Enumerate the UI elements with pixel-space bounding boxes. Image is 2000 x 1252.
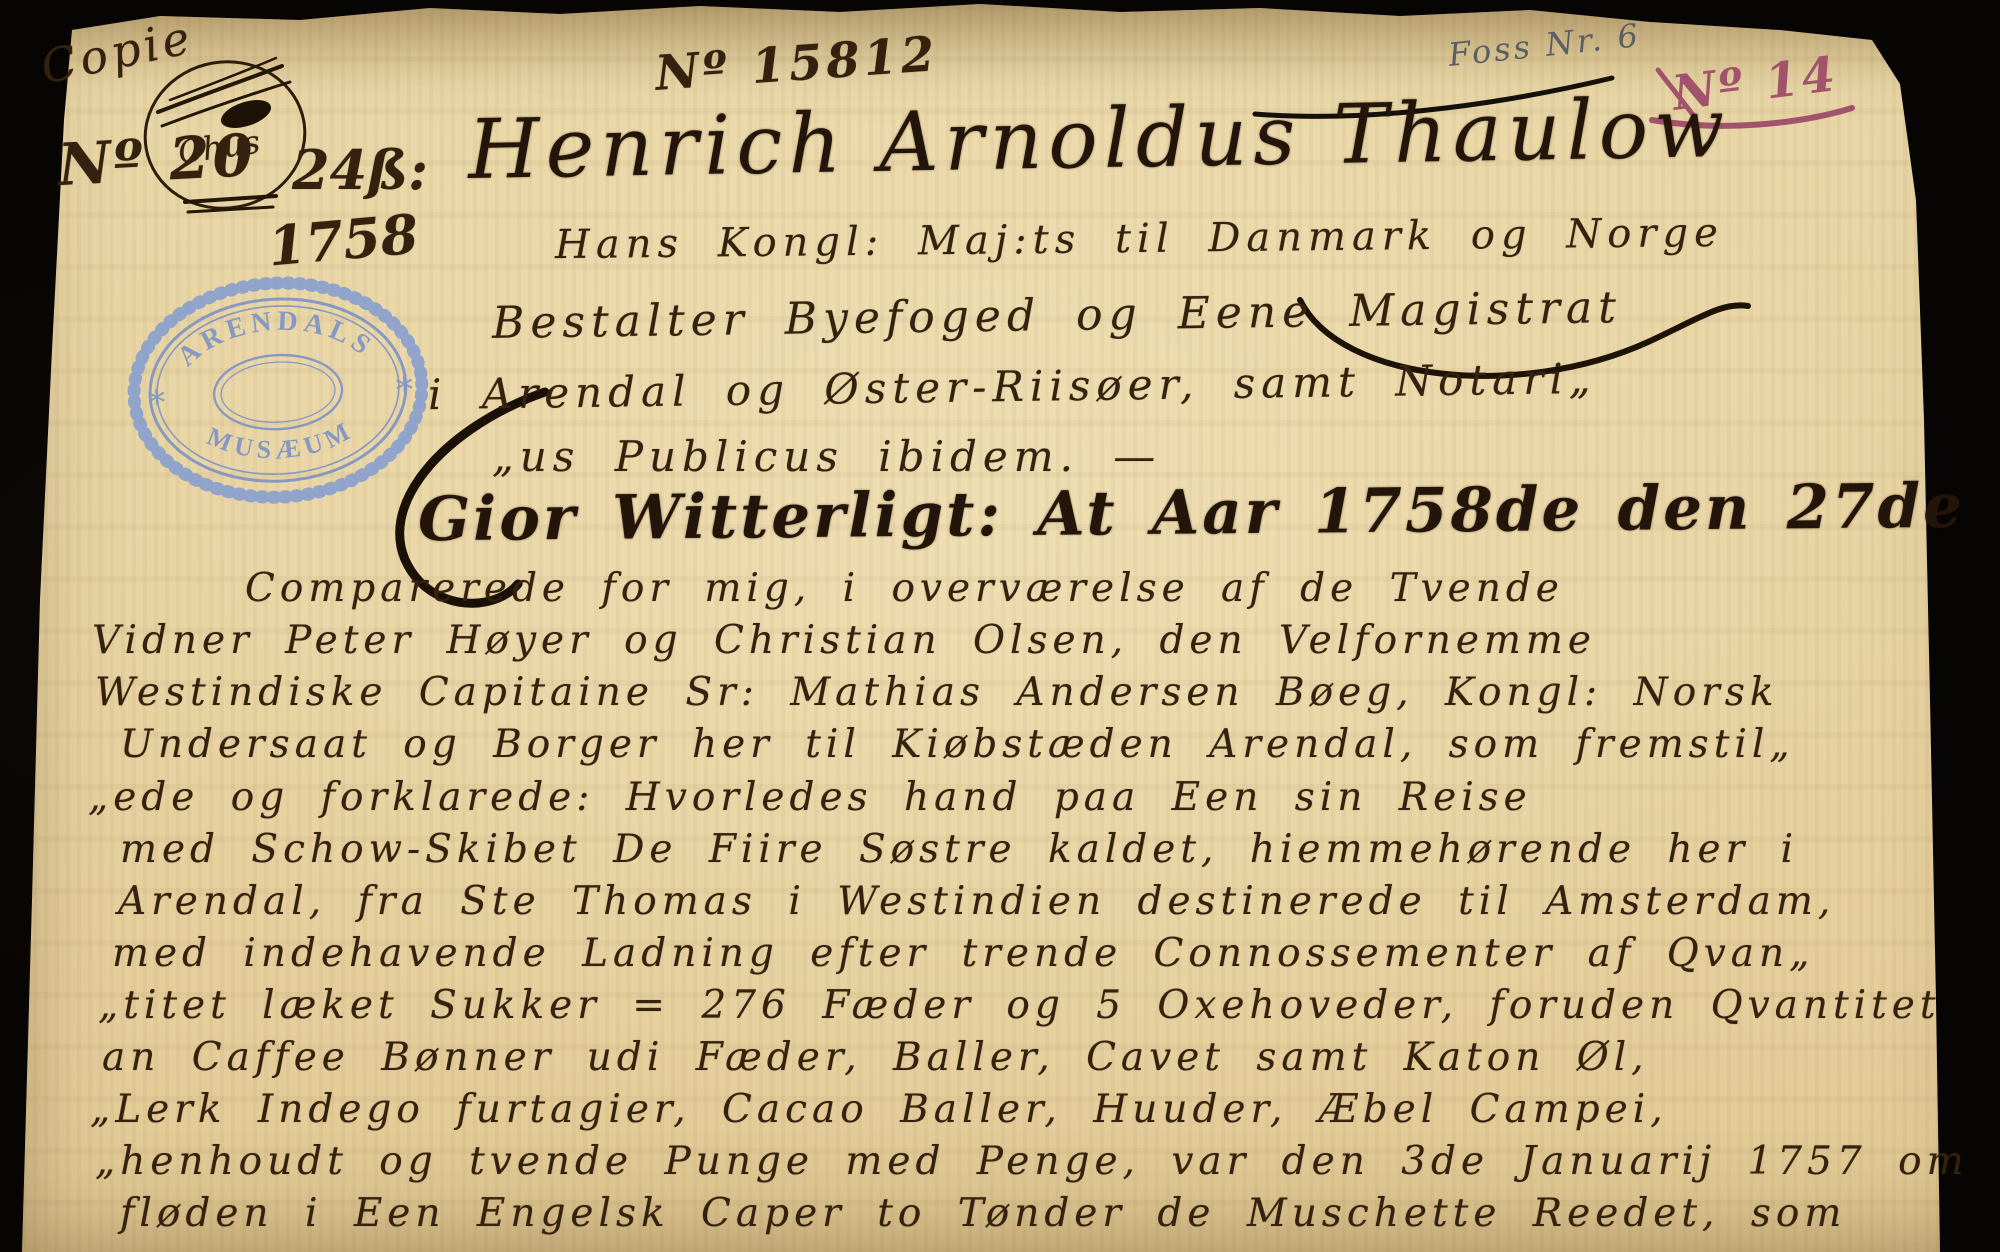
body-line: an Caffee Bønner udi Fæder, Baller, Cave… <box>102 1035 1649 1080</box>
body-line: Comparerede for mig, i overværelse af de… <box>245 566 1564 611</box>
body-line: „Lerk Indego furtagier, Cacao Baller, Hu… <box>90 1087 1668 1132</box>
intro-line: „us Publicus ibidem. — <box>492 432 1161 481</box>
body-line: med indehavende Ladning efter trende Con… <box>112 931 1814 976</box>
manuscript-photo: { "annotations": { "copy_label": "Copie"… <box>0 0 2000 1252</box>
body-line: fløden i Een Engelsk Caper to Tønder de … <box>120 1191 1846 1236</box>
body-line: „titet læket Sukker = 276 Fæder og 5 Oxe… <box>98 983 1941 1028</box>
body-line: Undersaat og Borger her til Kiøbstæden A… <box>120 722 1795 767</box>
body-line: Westindiske Capitaine Sr: Mathias Anders… <box>95 670 1778 715</box>
stamp-left-asterisk: * <box>147 383 166 424</box>
body-line: Arendal, fra Ste Thomas i Westindien des… <box>118 879 1835 924</box>
body-line: med Schow-Skibet De Fiire Søstre kaldet,… <box>120 827 1798 872</box>
body-line: Vidner Peter Høyer og Christian Olsen, d… <box>92 618 1596 663</box>
stamp-right-asterisk: * <box>395 370 414 411</box>
body-line: „ede og forklarede: Hvorledes hand paa E… <box>88 775 1532 820</box>
museum-stamp: ARENDALS MUSÆUM * * <box>106 259 454 522</box>
folio-ref: 24ß: <box>292 138 428 202</box>
body-line: „henhoudt og tvende Punge med Penge, var… <box>95 1139 1969 1184</box>
